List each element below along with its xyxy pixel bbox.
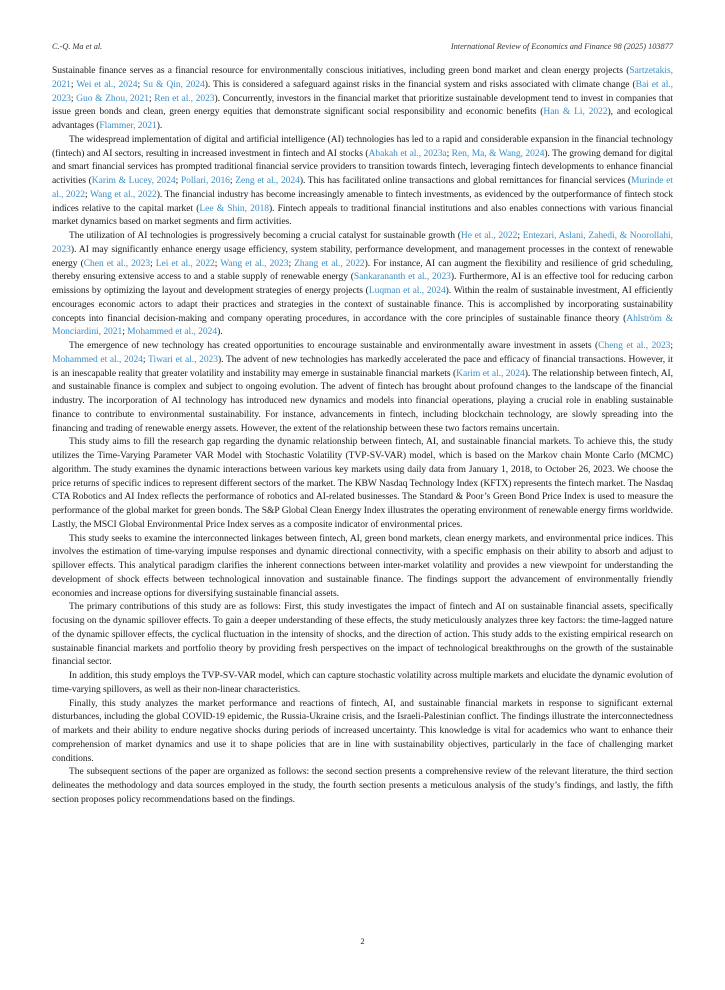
citation-link[interactable]: Guo & Zhou, 2021 (76, 93, 149, 104)
page-number: 2 (0, 936, 725, 946)
citation-link[interactable]: Mohammed et al., 2024 (52, 354, 143, 365)
citation-link[interactable]: Karim & Lucey, 2024 (92, 175, 176, 186)
paragraph: The widespread implementation of digital… (52, 133, 673, 229)
paragraph: In addition, this study employs the TVP-… (52, 669, 673, 697)
header-journal-citation: International Review of Economics and Fi… (451, 42, 673, 51)
citation-link[interactable]: Pollari, 2016 (181, 175, 230, 186)
running-header: C.-Q. Ma et al. International Review of … (52, 42, 673, 54)
citation-link[interactable]: Han & Li, 2022 (543, 106, 607, 117)
citation-link[interactable]: Zhang et al., 2022 (294, 258, 365, 269)
paragraph: This study seeks to examine the intercon… (52, 532, 673, 601)
citation-link[interactable]: Luqman et al., 2024 (369, 285, 446, 296)
citation-link[interactable]: Su & Qin, 2024 (143, 79, 205, 90)
citation-link[interactable]: Zeng et al., 2024 (235, 175, 300, 186)
citation-link[interactable]: Entezari, Aslani, Zahedi, & Noorollahi, … (52, 230, 673, 255)
header-authors: C.-Q. Ma et al. (52, 42, 102, 51)
citation-link[interactable]: Flammer, 2021 (99, 120, 156, 131)
citation-link[interactable]: Wang et al., 2022 (90, 189, 157, 200)
paragraph: The utilization of AI technologies is pr… (52, 229, 673, 339)
citation-link[interactable]: He et al., 2022 (461, 230, 517, 241)
paragraph: This study aims to fill the research gap… (52, 435, 673, 531)
citation-link[interactable]: Ren, Ma, & Wang, 2024 (452, 148, 545, 159)
citation-link[interactable]: Ren et al., 2023 (154, 93, 214, 104)
citation-link[interactable]: Cheng et al., 2023 (598, 340, 670, 351)
citation-link[interactable]: Mohammed et al., 2024 (127, 326, 217, 337)
citation-link[interactable]: Wang et al., 2023 (220, 258, 288, 269)
citation-link[interactable]: Karim et al., 2024 (456, 368, 525, 379)
paragraph: The subsequent sections of the paper are… (52, 765, 673, 806)
paragraph: The emergence of new technology has crea… (52, 339, 673, 435)
paragraph: The primary contributions of this study … (52, 600, 673, 669)
citation-link[interactable]: Sankarananth et al., 2023 (354, 271, 451, 282)
citation-link[interactable]: Wei et al., 2024 (76, 79, 137, 90)
citation-link[interactable]: Lee & Shin, 2018 (199, 203, 269, 214)
paragraph: Finally, this study analyzes the market … (52, 697, 673, 766)
citation-link[interactable]: Tiwari et al., 2023 (148, 354, 218, 365)
citation-link[interactable]: Chen et al., 2023 (84, 258, 150, 269)
citation-link[interactable]: Lei et al., 2022 (156, 258, 215, 269)
paragraph: Sustainable finance serves as a financia… (52, 64, 673, 133)
article-body: Sustainable finance serves as a financia… (52, 64, 673, 807)
citation-link[interactable]: Abakah et al., 2023a (369, 148, 447, 159)
